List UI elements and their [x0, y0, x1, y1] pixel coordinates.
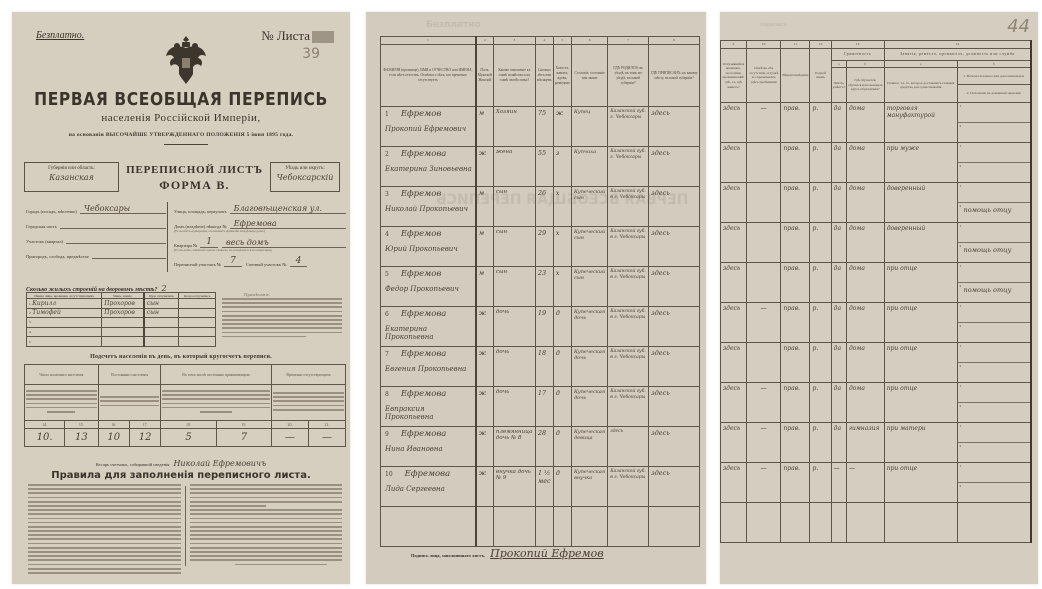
sheet-number-label: № Листа: [261, 28, 310, 43]
education-cell: дома: [846, 263, 884, 303]
row-number: 5: [385, 271, 389, 278]
apartment-field: Квартира №1весь домъ: [174, 234, 346, 248]
occupation-table: 9 10 11 12 13 14 Отлучившійся временно, …: [720, 40, 1032, 543]
table-row: здесь—прав.р.дадоматорговля мануфактурой…: [721, 103, 1032, 143]
city-part-field: Городская часть: [26, 215, 166, 229]
relation-cell: дочь: [493, 307, 535, 347]
count-value: 10.: [25, 429, 65, 447]
cell: Тимофей: [32, 309, 61, 316]
sheet-number: № Листа: [261, 28, 334, 44]
subcolumn-letter: а: [831, 60, 846, 68]
count-description: [25, 385, 99, 421]
religion-cell: прав.: [781, 343, 810, 383]
religion-cell: прав.: [781, 223, 810, 263]
subcolumn-letter: б: [957, 60, 1031, 68]
count-value: —: [308, 429, 345, 447]
count-group-header: Число наличнаго населенія: [25, 365, 99, 385]
given-name: Федор Прокопьевич: [385, 285, 473, 293]
footnote-block: Примѣчаніе.: [222, 292, 342, 340]
absence-cell: [746, 223, 781, 263]
marital-cell: д: [553, 347, 571, 387]
table-row: 4ЕфремовЮрий Прокопьевичмсын29хКупечески…: [381, 227, 700, 267]
side-occupation-1: 1: [958, 143, 1030, 163]
can-read-cell: да: [831, 383, 846, 423]
language-cell: р.: [810, 103, 831, 143]
street-label: Улица, площадь, переулокъ: [174, 209, 227, 214]
birthplace-cell: Казанской губ. в г. Чебоксары: [608, 347, 649, 387]
given-name: Лида Сергеевна: [385, 485, 473, 493]
whereabouts-cell: здесь: [721, 263, 747, 303]
registration-cell: здесь: [649, 307, 700, 347]
given-name: Прокопий Ефремович: [385, 125, 473, 133]
name-cell: 3ЕфремовНиколай Прокопьевич: [381, 187, 476, 227]
name-cell: 8ЕфремоваЕвпраксия Прокопьевна: [381, 387, 476, 427]
cell: сын: [144, 308, 179, 318]
population-count-title: Подсчетъ населенія въ день, въ который к…: [12, 354, 350, 360]
side-occupation-2: 2: [958, 163, 1030, 183]
column-number: 14: [884, 41, 1031, 49]
column-number: 17.: [129, 421, 160, 429]
name-cell: 4ЕфремовЮрий Прокопьевич: [381, 227, 476, 267]
collector-label: Кесарь счетчикъ, собиравшій сведенія: [96, 462, 170, 467]
row-number: 5: [27, 337, 102, 347]
side-occupation-1: 1: [958, 343, 1030, 363]
side-occupation-1: 1: [958, 183, 1030, 203]
age-cell: 1 ½ мес: [535, 467, 553, 507]
birthplace-cell: Казанской губ. в г. Чебоксары: [608, 307, 649, 347]
column-header-relation: Каково отношеніе къ главѣ хозяйства и къ…: [493, 45, 535, 107]
table-row: 6ЕфремоваЕкатерина Прокопьевнаждочь19дКу…: [381, 307, 700, 347]
side-occupation-2: 2помощь отцу: [958, 283, 1030, 303]
surname: Ефремова: [401, 309, 447, 319]
census-district-label: Переписной участокъ №: [174, 262, 221, 267]
can-read-cell: да: [831, 103, 846, 143]
column-number: 3: [493, 37, 535, 45]
main-occupation-cell: доверенный: [884, 183, 957, 223]
birthplace-cell: Казанской губ. г. Чебоксары: [608, 107, 649, 147]
absence-cell: —: [746, 103, 781, 143]
signature-line: Подпись лица, заполнявшаго листъ. Прокоп…: [411, 547, 604, 560]
column-number: 12: [810, 41, 831, 49]
title-divider: [164, 144, 208, 145]
column-header-birthplace: ГДѢ РОДИЛСЯ: въ уѣздѣ, въ томъ же уѣздѣ,…: [608, 45, 649, 107]
column-header-can-read: Читать умѣетъ?: [831, 68, 846, 103]
main-occupation-cell: при отце: [884, 383, 957, 423]
surname: Ефремова: [401, 389, 447, 399]
count-value: 10: [98, 429, 129, 447]
name-cell: 5ЕфремовФедор Прокопьевич: [381, 267, 476, 307]
fields-divider: [167, 202, 168, 272]
column-header-estate: Сословіе, состояніе или званіе: [571, 45, 607, 107]
column-header-absence: Отмѣтка объ отсутствіи, отлучкѣ и о врем…: [746, 48, 781, 103]
side-occupation-2-header: 2. Положеніе въ домашней экономіи: [958, 85, 1030, 102]
quarter-label: Участокъ (квартал): [26, 239, 63, 244]
given-name: Юрий Прокопьевич: [385, 245, 473, 253]
cell: Кирилл: [32, 300, 56, 307]
side-occupation-2: 2: [958, 363, 1030, 383]
row-number: 4: [385, 231, 389, 238]
absence-cell: —: [746, 423, 781, 463]
column-header-language: Родной языкъ: [810, 48, 831, 103]
uezd-value: Чебоксарскій: [271, 173, 339, 182]
table-row: здесь—прав.р.дагимназияпри матери12: [721, 423, 1032, 463]
uezd-label: Уѣздъ или округъ:: [271, 166, 339, 171]
street-field: Улица, площадь, переулокъБлаговѣщенская …: [174, 200, 346, 214]
table-row: здесь—прав.р.дадомапри отце12: [721, 383, 1032, 423]
sex-cell: м: [476, 107, 494, 147]
city-value: Чебоксары: [80, 203, 166, 214]
education-cell: гимназия: [846, 423, 884, 463]
side-occupation-1: 1: [958, 263, 1030, 283]
suburb-label: Пригородъ, слобода, предмѣстье: [26, 254, 89, 259]
side-occupation-2: 2: [958, 403, 1030, 423]
row-number: 6: [385, 311, 389, 318]
main-occupation-cell: при отце: [884, 303, 957, 343]
column-header-occupation: Занятія, ремесло, промыселъ, должность и…: [884, 48, 1031, 60]
column-number: 13: [831, 41, 884, 49]
city-field: Городъ (посадъ, мѣстечко)Чебоксары: [26, 200, 166, 214]
count-district-value: 4: [290, 256, 308, 267]
birthplace-cell: Казанской губ. г. Чебоксары: [608, 147, 649, 187]
district-field: Переписной участокъ №7Счетный участокъ №…: [174, 253, 346, 267]
main-occupation-cell: при муже: [884, 143, 957, 183]
name-cell: 1ЕфремовПрокопий Ефремович: [381, 107, 476, 147]
absence-cell: [746, 143, 781, 183]
religion-cell: прав.: [781, 303, 810, 343]
double-headed-eagle-emblem-icon: [165, 34, 207, 86]
name-cell: 6ЕфремоваЕкатерина Прокопьевна: [381, 307, 476, 347]
bleed-through-text: перепись: [760, 22, 787, 28]
age-cell: 55: [535, 147, 553, 187]
table-row: 3: [27, 318, 216, 328]
absence-cell: [746, 183, 781, 223]
census-household-list-page: Безплатно ПЕРВАЯ ВСЕОБЩАЯ ПЕРЕПИСЬ 1 2 3…: [366, 12, 706, 584]
absence-cell: —: [746, 463, 781, 503]
census-occupation-page: 44 перепись 9 10 11 12 13 14 Отлучившійс…: [720, 12, 1038, 584]
column-number: 20.: [272, 421, 309, 429]
absent-table-header: Имена лицъ, временно отсутствующихъ: [27, 293, 102, 299]
registration-cell: здесь: [649, 427, 700, 467]
marital-cell: з: [553, 147, 571, 187]
cell: Прохоров: [102, 299, 144, 309]
surname: Ефремова: [401, 429, 447, 439]
side-occupation-1: 1: [958, 463, 1030, 483]
marital-cell: д: [553, 387, 571, 427]
estate-cell: Купеческий сын: [571, 227, 607, 267]
census-subtitle: населенія Россійской Имперіи,: [12, 112, 350, 124]
location-fields-right: Улица, площадь, переулокъБлаговѣщенская …: [174, 200, 346, 268]
column-number: 5: [553, 37, 571, 45]
education-cell: дома: [846, 343, 884, 383]
column-number: 1: [381, 37, 476, 45]
free-of-charge-label: Безплатно.: [36, 30, 84, 41]
gubernia-value: Казанская: [25, 173, 118, 182]
count-value: 13: [65, 429, 98, 447]
education-cell: дома: [846, 303, 884, 343]
table-row: 3ЕфремовНиколай Прокопьевичмсын26хКупече…: [381, 187, 700, 227]
age-cell: 29: [535, 227, 553, 267]
language-cell: р.: [810, 383, 831, 423]
suburb-field: Пригородъ, слобода, предмѣстье: [26, 245, 166, 259]
religion-cell: прав.: [781, 183, 810, 223]
row-number: 3: [27, 318, 102, 328]
table-row: здесь—прав.р.——при отце12: [721, 463, 1032, 503]
location-fields-left: Городъ (посадъ, мѣстечко)Чебоксары Город…: [26, 200, 166, 260]
side-occupation-cell: 12помощь отцу: [957, 183, 1031, 223]
whereabouts-cell: здесь: [721, 423, 747, 463]
religion-cell: прав.: [781, 463, 810, 503]
birthplace-cell: Казанской губ. в г. Чебоксары: [608, 267, 649, 307]
surname: Ефремов: [401, 189, 441, 199]
house-note: (Если нѣтъ нумераціи, обозначить фамилію…: [174, 229, 346, 233]
house-field: Домъ (владѣніе) нѣкогда №Ефремова: [174, 215, 346, 229]
column-header-name: ФАМИЛІЯ (прозвище), ИМЯ и ОТЧЕСТВО или И…: [381, 45, 476, 107]
side-occupation-1: 1: [958, 423, 1030, 443]
marital-cell: х: [553, 267, 571, 307]
side-occupation-2: 2помощь отцу: [958, 243, 1030, 263]
can-read-cell: да: [831, 143, 846, 183]
name-cell: 10ЕфремоваЛида Сергеевна: [381, 467, 476, 507]
relation-cell: Хозяин: [493, 107, 535, 147]
count-group-header: Временно отсутствующихъ: [272, 365, 346, 385]
population-count-table: Число наличнаго населенія Постояннаго на…: [24, 364, 346, 447]
estate-cell: Купеческая девица: [571, 427, 607, 467]
whereabouts-cell: здесь: [721, 143, 747, 183]
main-occupation-cell: доверенный: [884, 223, 957, 263]
column-header-registration: ГДѢ ПРИПИСАНЪ: къ какому мѣсту, въ какой…: [649, 45, 700, 107]
whereabouts-cell: здесь: [721, 303, 747, 343]
census-decree-line: на основаніи ВЫСОЧАЙШЕ УТВЕРЖДЕННАГО ПОЛ…: [12, 132, 350, 138]
row-number: 1: [385, 111, 389, 118]
can-read-cell: —: [831, 463, 846, 503]
census-district-value: 7: [224, 256, 242, 267]
row-number: 2: [29, 311, 31, 315]
rules-text: [24, 484, 346, 576]
whereabouts-cell: здесь: [721, 463, 747, 503]
apartment-note: (Если домъ, занятый одною семьею, не раз…: [174, 248, 346, 252]
estate-cell: Купчиха: [571, 147, 607, 187]
column-number: 8: [649, 37, 700, 45]
side-occupation-2: 2: [958, 323, 1030, 343]
column-number: 18.: [161, 421, 216, 429]
birthplace-cell: Казанской губ. в г. Чебоксары: [608, 387, 649, 427]
table-row: 7ЕфремоваЕвгения Прокопьевнаждочь18дКупе…: [381, 347, 700, 387]
table-row: 4: [27, 327, 216, 337]
whereabouts-cell: здесь: [721, 383, 747, 423]
education-cell: —: [846, 463, 884, 503]
given-name: Нина Ивановна: [385, 445, 473, 453]
sex-cell: ж: [476, 427, 494, 467]
whereabouts-cell: здесь: [721, 223, 747, 263]
surname: Ефремова: [401, 149, 447, 159]
age-cell: 17: [535, 387, 553, 427]
table-row: 1ЕфремовПрокопий ЕфремовичмХозяин75жКупе…: [381, 107, 700, 147]
cell: сын: [144, 299, 179, 309]
city-part-label: Городская часть: [26, 224, 57, 229]
side-occupation-cell: 12помощь отцу: [957, 223, 1031, 263]
column-header-whereabouts: Отлучившійся временно, постоянно прожива…: [721, 48, 747, 103]
household-members-table: 1 2 3 4 5 6 7 8 ФАМИЛІЯ (прозвище), ИМЯ …: [380, 36, 700, 547]
cell: Прохоров: [102, 308, 144, 318]
row-number: 7: [385, 351, 389, 358]
age-cell: 23: [535, 267, 553, 307]
row-number: 3: [385, 191, 389, 198]
column-number: 14.: [25, 421, 65, 429]
marital-cell: ж: [553, 107, 571, 147]
relation-cell: дочь: [493, 387, 535, 427]
sex-cell: ж: [476, 387, 494, 427]
absence-cell: —: [746, 383, 781, 423]
main-occupation-cell: торговля мануфактурой: [884, 103, 957, 143]
count-value: 7: [216, 429, 271, 447]
given-name: Екатерина Зиновьевна: [385, 165, 473, 173]
column-header-sex: Полъ. Мужской Женскій: [476, 45, 494, 107]
absent-persons-table: Имена лицъ, временно отсутствующихъ Чинъ…: [26, 292, 216, 347]
birthplace-cell: Казанской губ. в г. Чебоксары: [608, 187, 649, 227]
side-occupation-cell: 12: [957, 303, 1031, 343]
column-number: 2: [476, 37, 494, 45]
suburb-value: [92, 248, 166, 259]
rules-title: Правила для заполненія переписного листа…: [12, 470, 350, 481]
table-row: здесьправ.р.дадомадоверенный12помощь отц…: [721, 223, 1032, 263]
column-header-marital: Холостъ, женатъ, вдовъ, разведенъ: [553, 45, 571, 107]
language-cell: р.: [810, 183, 831, 223]
age-cell: 75: [535, 107, 553, 147]
age-cell: 26: [535, 187, 553, 227]
row-number: 4: [27, 327, 102, 337]
relation-cell: племянница дочь № 8: [493, 427, 535, 467]
can-read-cell: да: [831, 423, 846, 463]
count-value: 12: [129, 429, 160, 447]
education-cell: дома: [846, 183, 884, 223]
pencil-page-number: 44: [1007, 16, 1030, 37]
column-header-literacy: Грамотность: [831, 48, 884, 60]
subcolumn-letter: а: [884, 60, 957, 68]
count-value: 5: [161, 429, 216, 447]
table-row: 2 ТимофейПрохоровсын: [27, 308, 216, 318]
side-occupation-cell: 12: [957, 423, 1031, 463]
column-header-education: Гдѣ обучается, обучался или окончилъ кур…: [846, 68, 884, 103]
surname: Ефремова: [401, 349, 447, 359]
side-occupation-2: 2помощь отцу: [958, 203, 1030, 223]
surname: Ефремов: [401, 229, 441, 239]
religion-cell: прав.: [781, 423, 810, 463]
table-row-empty: [721, 503, 1032, 543]
can-read-cell: да: [831, 303, 846, 343]
table-row: здесьправ.р.дадомапри муже12: [721, 143, 1032, 183]
religion-cell: прав.: [781, 383, 810, 423]
registration-cell: здесь: [649, 187, 700, 227]
column-number: 6: [571, 37, 607, 45]
surname: Ефремов: [401, 269, 441, 279]
table-row: 2ЕфремоваЕкатерина Зиновьевнажжена55зКуп…: [381, 147, 700, 187]
marital-cell: д: [553, 427, 571, 467]
education-cell: дома: [846, 223, 884, 263]
gubernia-box: Губернія или область: Казанская: [24, 162, 119, 192]
relation-cell: жена: [493, 147, 535, 187]
column-number: 10: [746, 41, 781, 49]
table-row: здесьправ.р.дадомапри отце12: [721, 343, 1032, 383]
table-row: 10ЕфремоваЛида Сергеевнажвнучка дочь № 9…: [381, 467, 700, 507]
whereabouts-cell: здесь: [721, 103, 747, 143]
subcolumn-letter: б: [846, 60, 884, 68]
apartment-number: 1: [200, 237, 218, 248]
count-value: —: [272, 429, 309, 447]
relation-cell: дочь: [493, 347, 535, 387]
estate-cell: Купеческий сын: [571, 267, 607, 307]
city-label: Городъ (посадъ, мѣстечко): [26, 209, 77, 214]
relation-cell: сын: [493, 227, 535, 267]
table-row: здесьправ.р.дадомадоверенный12помощь отц…: [721, 183, 1032, 223]
language-cell: р.: [810, 463, 831, 503]
birthplace-cell: здесь: [608, 427, 649, 467]
sex-cell: ж: [476, 467, 494, 507]
estate-cell: Купеческая дочь: [571, 307, 607, 347]
registration-cell: здесь: [649, 227, 700, 267]
pencil-sheet-number: 39: [302, 46, 320, 62]
street-value: Благовѣщенская ул.: [230, 203, 346, 214]
surname: Ефремова: [405, 469, 451, 479]
column-header-religion: Вѣроисповѣданіе: [781, 48, 810, 103]
row-number: 2: [385, 151, 389, 158]
sex-cell: ж: [476, 307, 494, 347]
estate-cell: Купеческая дочь: [571, 347, 607, 387]
side-occupation-cell: 12: [957, 103, 1031, 143]
side-occupation-1: 1: [958, 103, 1030, 123]
count-group-header: Постояннаго населенія: [98, 365, 161, 385]
registration-cell: здесь: [649, 347, 700, 387]
table-row: здесь—прав.р.дадомапри отце12: [721, 303, 1032, 343]
column-number: 11: [781, 41, 810, 49]
sex-cell: ж: [476, 147, 494, 187]
estate-cell: Купеческий сын: [571, 187, 607, 227]
main-occupation-cell: при отце: [884, 263, 957, 303]
household-head-signature: Прокопий Ефремов: [490, 547, 604, 560]
religion-cell: прав.: [781, 103, 810, 143]
can-read-cell: да: [831, 343, 846, 383]
given-name: Евгения Прокопьевна: [385, 365, 473, 373]
side-occupation-1: 1: [958, 303, 1030, 323]
registration-cell: здесь: [649, 467, 700, 507]
gubernia-label: Губернія или область:: [25, 166, 118, 171]
row-number: 8: [385, 391, 389, 398]
house-value: Ефремова: [230, 218, 346, 229]
estate-cell: Купеческая дочь: [571, 387, 607, 427]
census-sheet-heading: ПЕРЕПИСНОЙ ЛИСТЪ: [122, 164, 267, 176]
side-occupation-cell: 12: [957, 143, 1031, 183]
language-cell: р.: [810, 223, 831, 263]
education-cell: дома: [846, 103, 884, 143]
side-occupation-cell: 12: [957, 383, 1031, 423]
side-occupation-cell: 12помощь отцу: [957, 263, 1031, 303]
absence-cell: [746, 263, 781, 303]
apartment-value: весь домъ: [222, 237, 346, 248]
religion-cell: прав.: [781, 143, 810, 183]
sex-cell: ж: [476, 347, 494, 387]
side-occupation-1: 1: [958, 383, 1030, 403]
column-number: 19.: [216, 421, 271, 429]
name-cell: 9ЕфремоваНина Ивановна: [381, 427, 476, 467]
column-header-main-occupation: Главное, т.е. то, которое доставляетъ гл…: [884, 68, 957, 103]
column-number: 9: [721, 41, 747, 49]
rules-column-left: [24, 484, 185, 576]
main-occupation-cell: при отце: [884, 463, 957, 503]
quarter-value: [66, 233, 166, 244]
age-cell: 19: [535, 307, 553, 347]
table-row: 8ЕфремоваЕвпраксия Прокопьевнаждочь17дКу…: [381, 387, 700, 427]
education-cell: дома: [846, 143, 884, 183]
age-cell: 28: [535, 427, 553, 467]
